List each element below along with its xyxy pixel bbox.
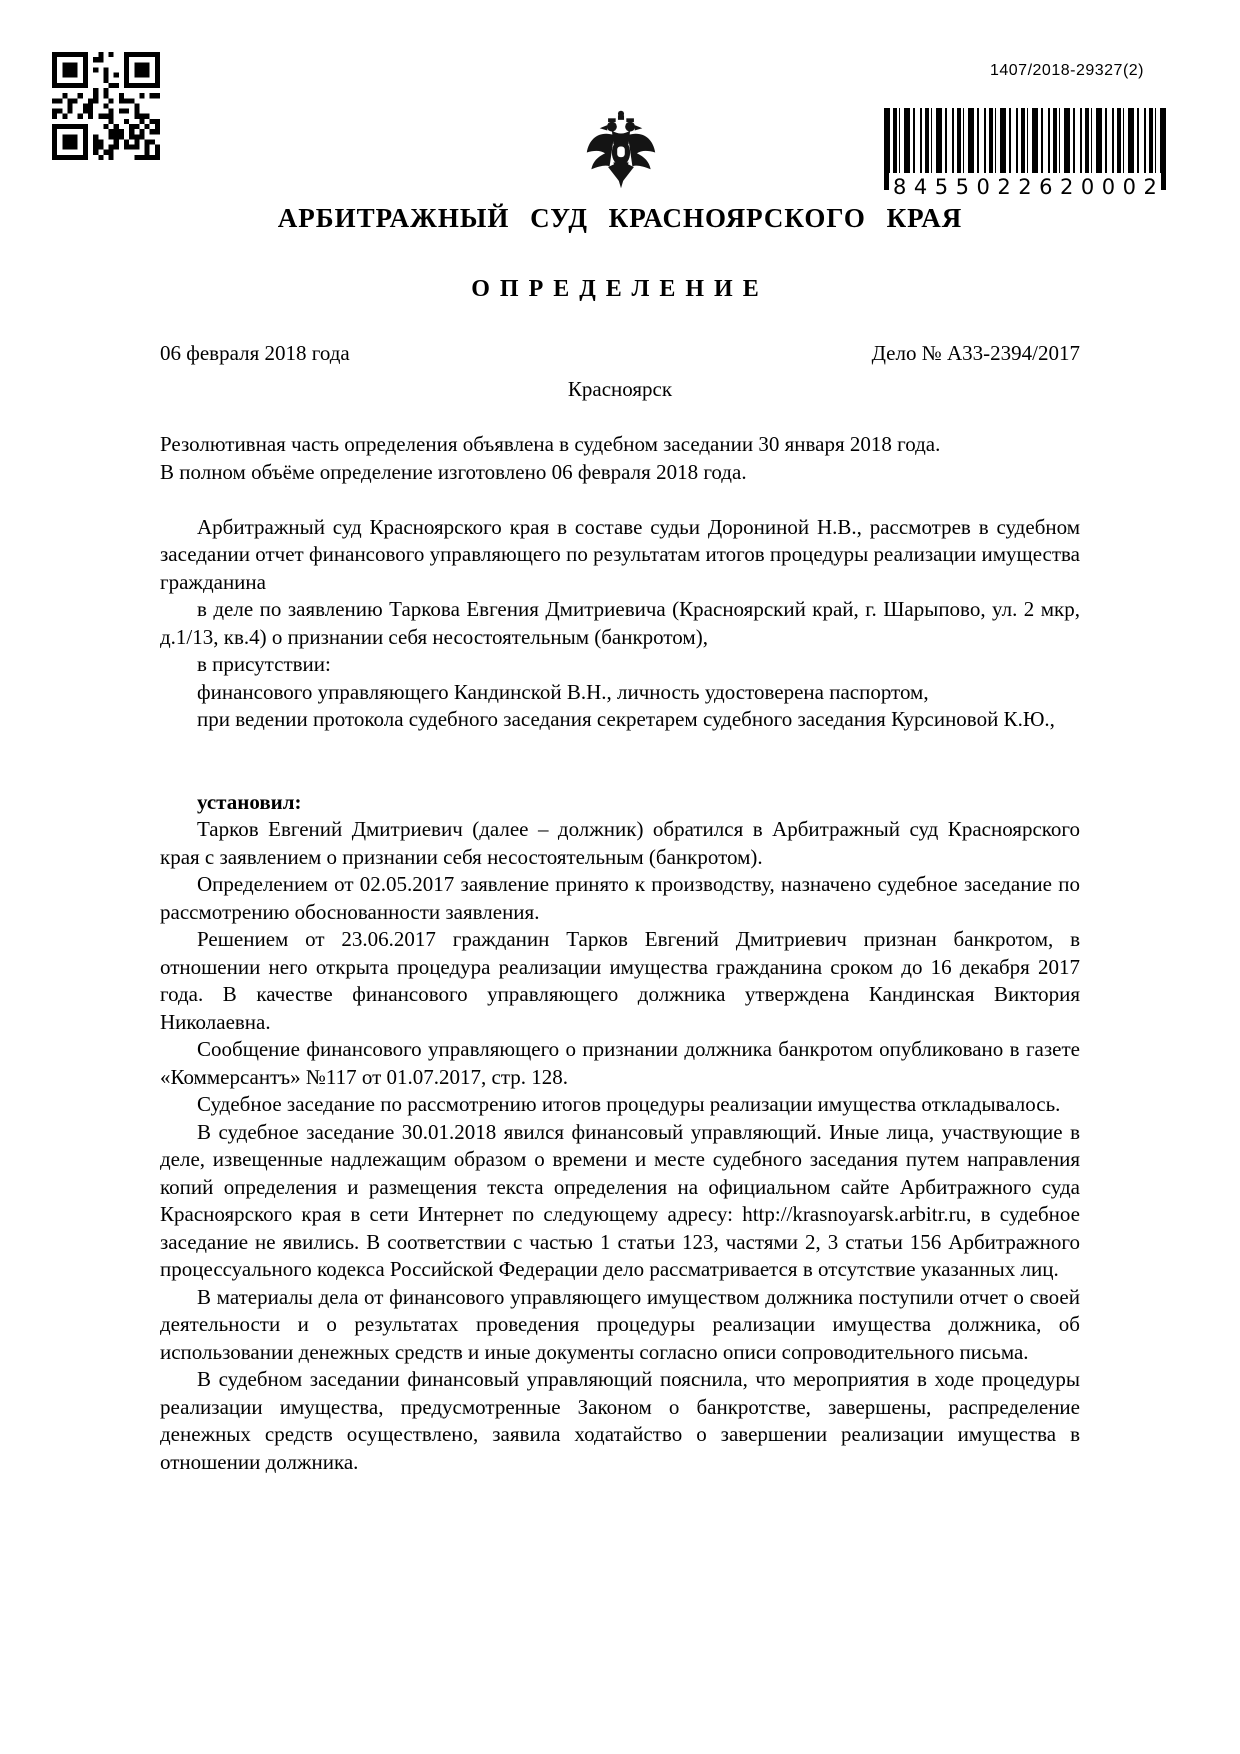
- paragraph: Тарков Евгений Дмитриевич (далее – должн…: [160, 816, 1080, 871]
- barcode: 8455022620002: [884, 108, 1166, 200]
- document-type-title: ОПРЕДЕЛЕНИЕ: [0, 276, 1240, 303]
- paragraph: при ведении протокола судебного заседани…: [160, 706, 1080, 734]
- paragraph: в деле по заявлению Таркова Евгения Дмит…: [160, 596, 1080, 651]
- court-name-title: АРБИТРАЖНЫЙ СУД КРАСНОЯРСКОГО КРАЯ: [0, 203, 1240, 234]
- barcode-digit: 8: [893, 175, 906, 200]
- barcode-digit: 0: [1081, 175, 1094, 200]
- document-registration-number: 1407/2018-29327(2): [990, 62, 1144, 80]
- paragraph: Решением от 23.06.2017 гражданин Тарков …: [160, 926, 1080, 1036]
- case-number: Дело № А33-2394/2017: [872, 341, 1080, 366]
- meta-row: 06 февраля 2018 года Дело № А33-2394/201…: [160, 341, 1080, 366]
- paragraph: установил:: [160, 789, 1080, 817]
- paragraph: Определением от 02.05.2017 заявление при…: [160, 871, 1080, 926]
- paragraph: в присутствии:: [160, 651, 1080, 679]
- paragraph: Судебное заседание по рассмотрению итого…: [160, 1091, 1080, 1119]
- barcode-digit: 4: [914, 175, 927, 200]
- paragraph: Резолютивная часть определения объявлена…: [160, 431, 1080, 459]
- barcode-digit: 2: [997, 175, 1010, 200]
- barcode-digit: 5: [956, 175, 969, 200]
- paragraph: В полном объёме определение изготовлено …: [160, 459, 1080, 487]
- city-label: Красноярск: [0, 377, 1240, 402]
- paragraph: В судебное заседание 30.01.2018 явился ф…: [160, 1119, 1080, 1284]
- qr-code-icon: [52, 52, 160, 160]
- coat-of-arms-icon: [583, 108, 659, 194]
- document-body: Резолютивная часть определения объявлена…: [160, 431, 1080, 1476]
- barcode-digit: 2: [1144, 175, 1157, 200]
- court-ruling-document: 1407/2018-29327(2) 8455022620002: [0, 0, 1240, 1754]
- barcode-digit: 0: [977, 175, 990, 200]
- barcode-digit: 6: [1039, 175, 1052, 200]
- paragraph: В материалы дела от финансового управляю…: [160, 1284, 1080, 1367]
- paragraph: Сообщение финансового управляющего о при…: [160, 1036, 1080, 1091]
- barcode-digit: 2: [1018, 175, 1031, 200]
- ruling-date: 06 февраля 2018 года: [160, 341, 350, 366]
- barcode-digit: 2: [1060, 175, 1073, 200]
- barcode-digit: 0: [1123, 175, 1136, 200]
- paragraph: финансового управляющего Кандинской В.Н.…: [160, 679, 1080, 707]
- paragraph: В судебном заседании финансовый управляю…: [160, 1366, 1080, 1476]
- paragraph: Арбитражный суд Красноярского края в сос…: [160, 514, 1080, 597]
- barcode-digits: 8455022620002: [889, 173, 1161, 200]
- barcode-digit: 5: [935, 175, 948, 200]
- barcode-digit: 0: [1102, 175, 1115, 200]
